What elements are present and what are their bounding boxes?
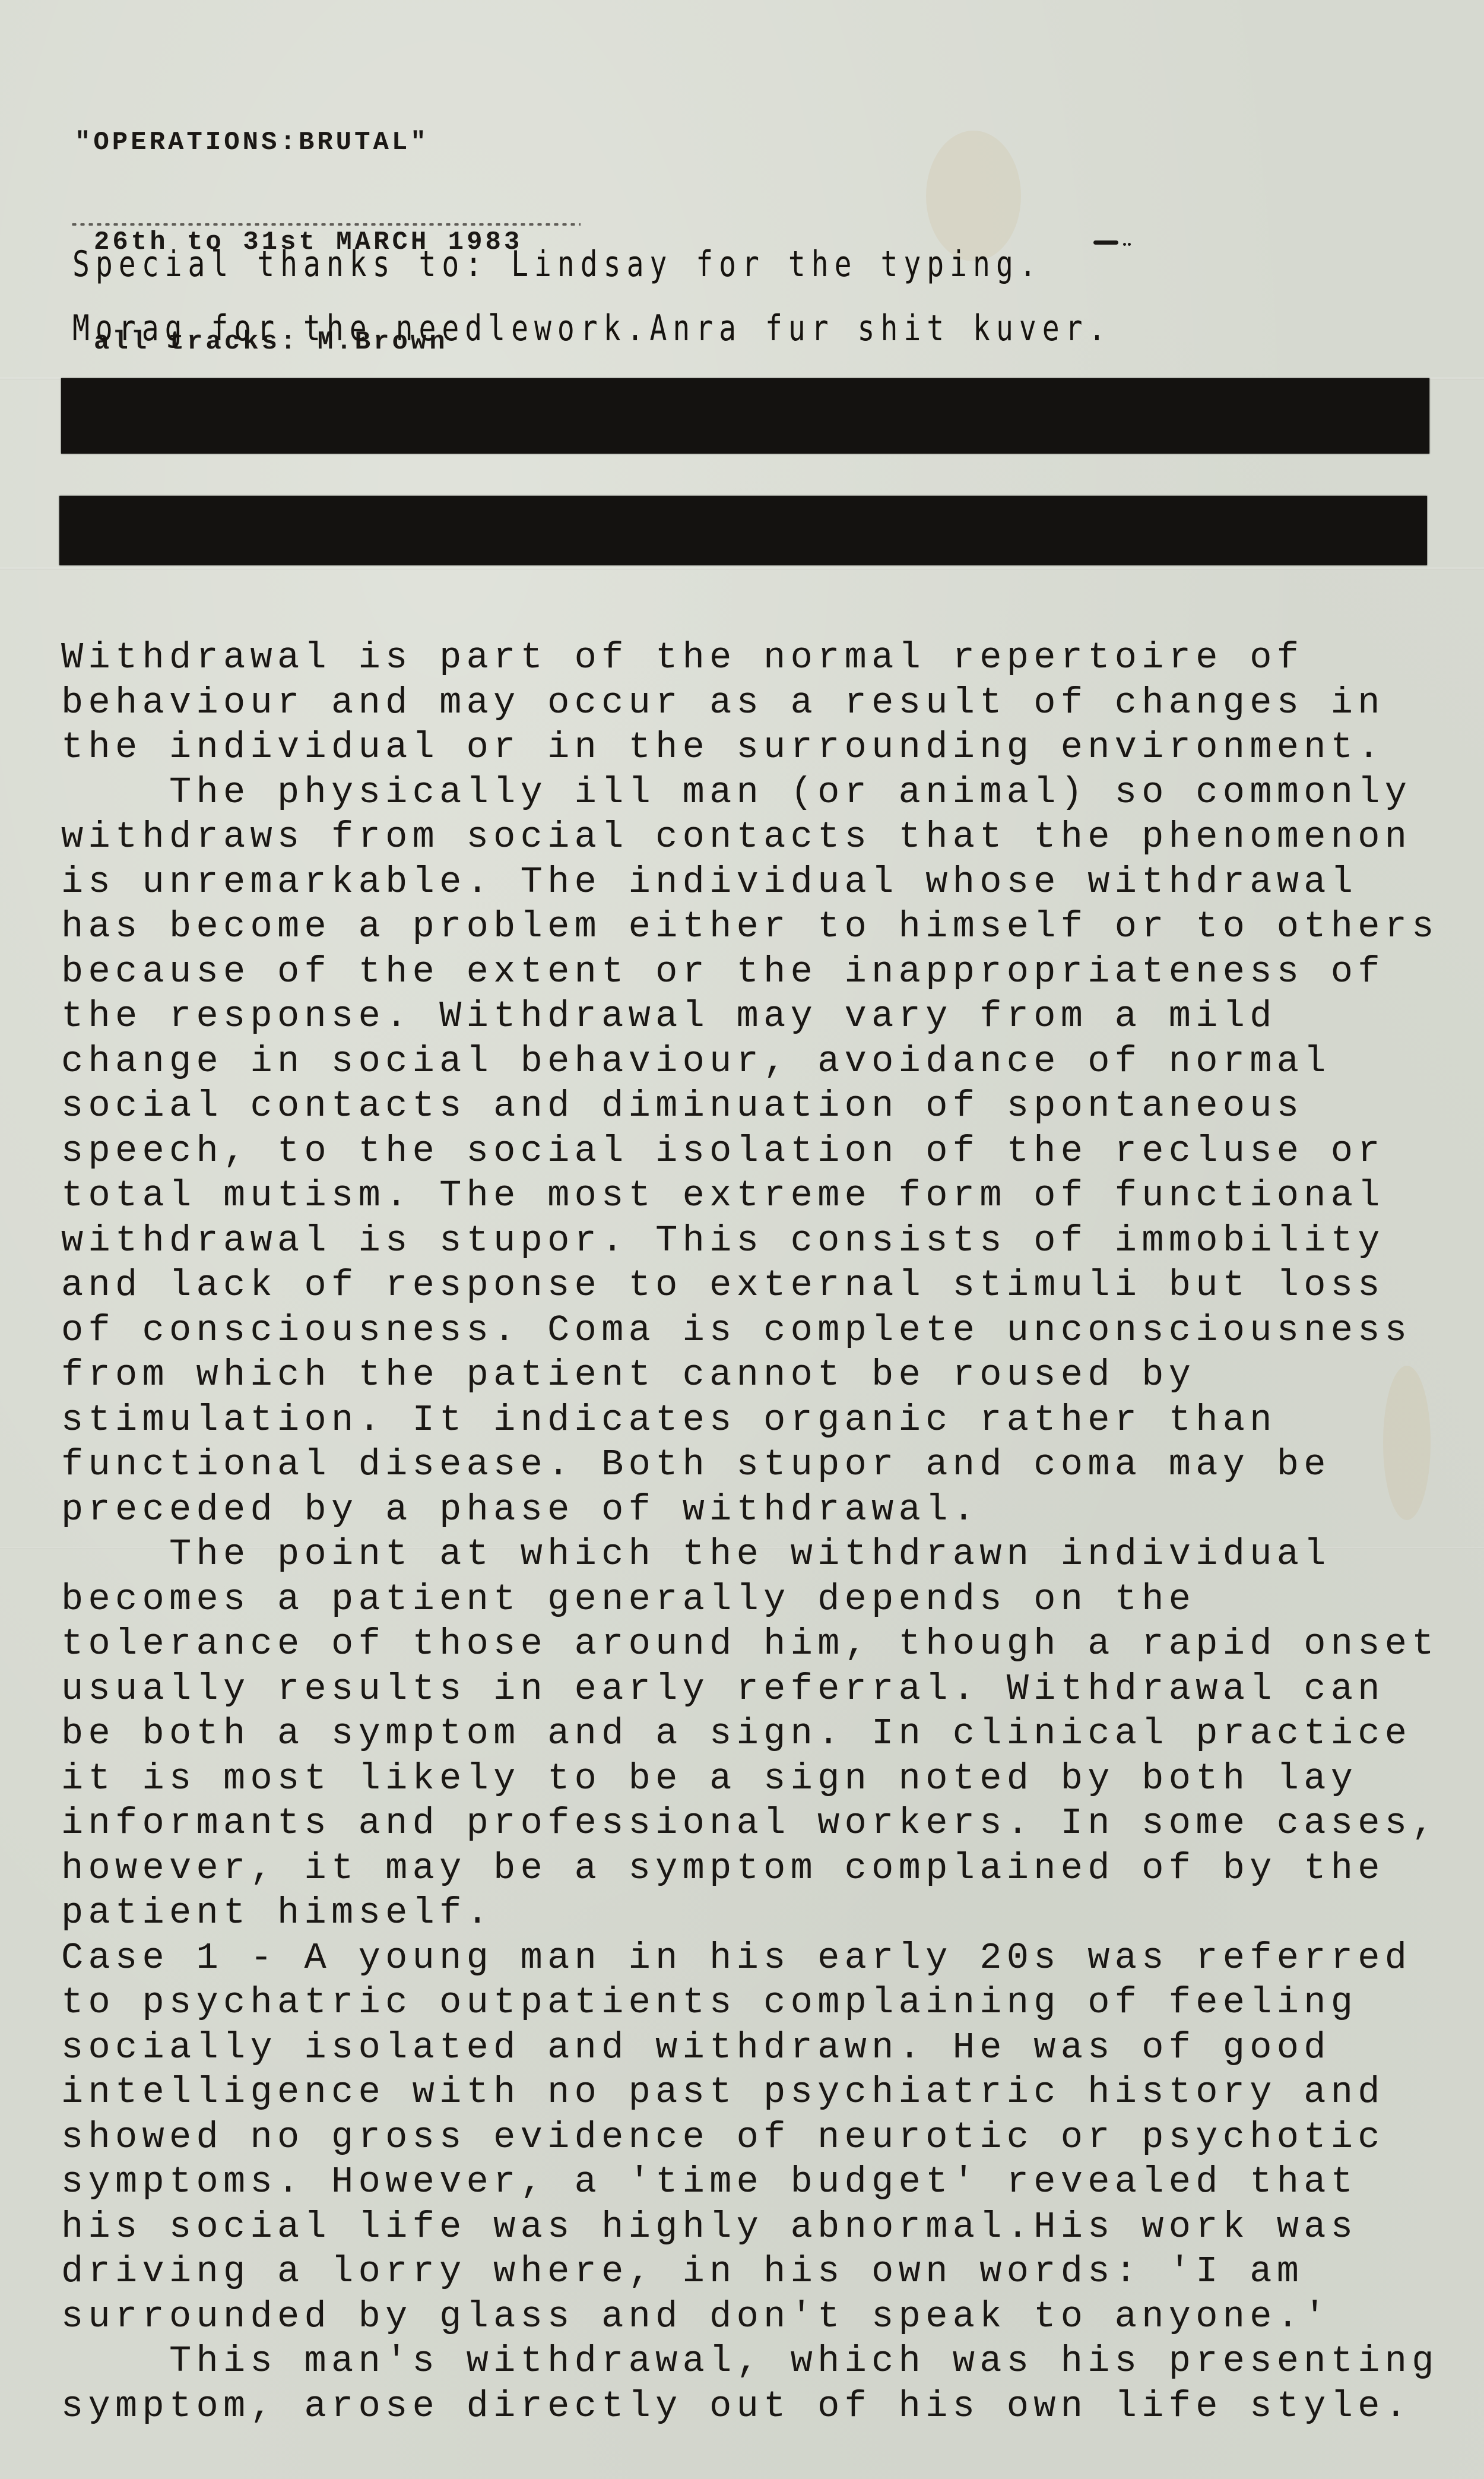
text-line: informants and professional workers. In … <box>61 1801 1439 1846</box>
text-line: has become a problem either to himself o… <box>61 904 1439 949</box>
text-line: withdrawal is stupor. This consists of i… <box>61 1218 1439 1264</box>
text-line: usually results in early referral. Withd… <box>61 1667 1439 1712</box>
text-line: symptom, arose directly out of his own l… <box>61 2384 1439 2429</box>
document-page: "OPERATIONS:BRUTAL" 26th to 31st MARCH 1… <box>0 0 1484 2479</box>
text-line: withdraws from social contacts that the … <box>61 815 1439 860</box>
text-line: from which the patient cannot be roused … <box>61 1353 1439 1398</box>
credits-block: "OPERATIONS:BRUTAL" 26th to 31st MARCH 1… <box>75 59 522 525</box>
text-line: symptoms. However, a 'time budget' revea… <box>61 2160 1439 2205</box>
text-line: his social life was highly abnormal.His … <box>61 2205 1439 2250</box>
ink-dot <box>1123 243 1126 246</box>
text-line: stimulation. It indicates organic rather… <box>61 1398 1439 1443</box>
text-line: because of the extent or the inappropria… <box>61 949 1439 995</box>
thanks-line: Morag for the needlework.Anra fur shit k… <box>72 308 1111 349</box>
text-line: the response. Withdrawal may vary from a… <box>61 994 1439 1039</box>
black-bar <box>61 378 1429 454</box>
text-line: driving a lorry where, in his own words:… <box>61 2249 1439 2294</box>
text-line: the individual or in the surrounding env… <box>61 725 1439 770</box>
dotted-divider <box>70 223 581 226</box>
text-line: functional disease. Both stupor and coma… <box>61 1442 1439 1487</box>
text-line: surrounded by glass and don't speak to a… <box>61 2294 1439 2339</box>
text-line: preceded by a phase of withdrawal. <box>61 1487 1439 1533</box>
text-line: behaviour and may occur as a result of c… <box>61 680 1439 726</box>
text-line: to psychatric outpatients complaining of… <box>61 1980 1439 2025</box>
paper-stain <box>926 131 1021 261</box>
text-line: showed no gross evidence of neurotic or … <box>61 2115 1439 2160</box>
text-line: social contacts and diminuation of spont… <box>61 1084 1439 1129</box>
text-line: total mutism. The most extreme form of f… <box>61 1173 1439 1218</box>
text-line: however, it may be a symptom complained … <box>61 1846 1439 1891</box>
fold-crease <box>0 568 1484 569</box>
thanks-line: Special thanks to: Lindsay for the typin… <box>72 243 1042 285</box>
text-line: speech, to the social isolation of the r… <box>61 1129 1439 1174</box>
text-line: intelligence with no past psychiatric hi… <box>61 2070 1439 2115</box>
body-text: Withdrawal is part of the normal reperto… <box>61 635 1439 2429</box>
text-line: be both a symptom and a sign. In clinica… <box>61 1711 1439 1756</box>
text-line: This man's withdrawal, which was his pre… <box>61 2339 1439 2384</box>
album-title: "OPERATIONS:BRUTAL" <box>75 126 522 159</box>
ink-dot <box>1128 243 1131 246</box>
text-line: and lack of response to external stimuli… <box>61 1263 1439 1308</box>
text-line: Case 1 - A young man in his early 20s wa… <box>61 1936 1439 1981</box>
text-line: of consciousness. Coma is complete uncon… <box>61 1308 1439 1353</box>
text-line: change in social behaviour, avoidance of… <box>61 1039 1439 1084</box>
text-line: The physically ill man (or animal) so co… <box>61 770 1439 815</box>
ink-smudge <box>1093 240 1118 245</box>
text-line: Withdrawal is part of the normal reperto… <box>61 635 1439 680</box>
text-line: is unremarkable. The individual whose wi… <box>61 860 1439 905</box>
black-bar <box>59 496 1427 565</box>
text-line: socially isolated and withdrawn. He was … <box>61 2025 1439 2070</box>
text-line: becomes a patient generally depends on t… <box>61 1577 1439 1622</box>
text-line: tolerance of those around him, though a … <box>61 1622 1439 1667</box>
text-line: it is most likely to be a sign noted by … <box>61 1756 1439 1802</box>
text-line: The point at which the withdrawn individ… <box>61 1532 1439 1577</box>
text-line: patient himself. <box>61 1891 1439 1936</box>
